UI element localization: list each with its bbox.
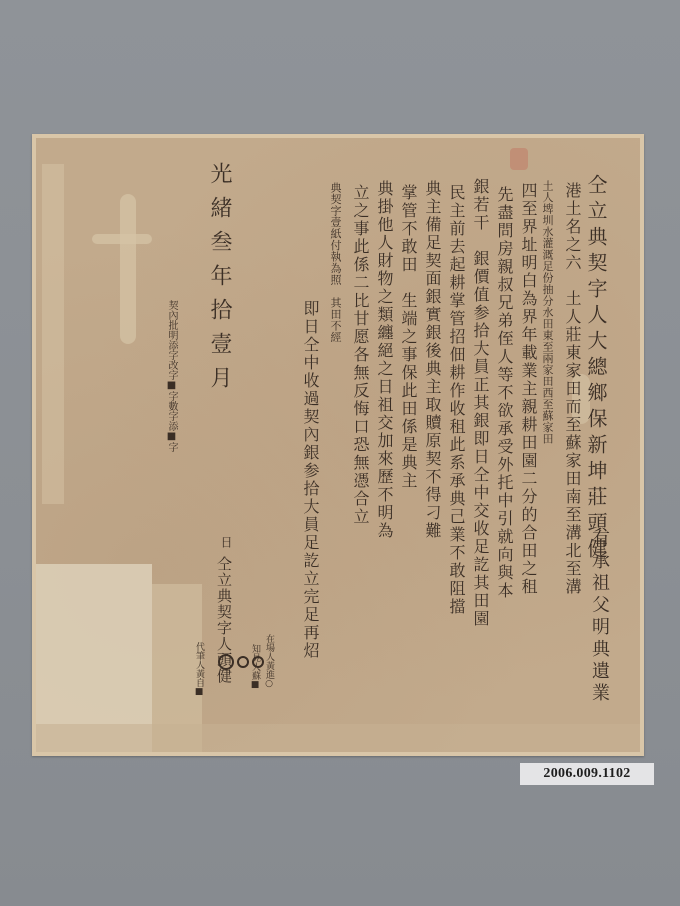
deed-column-3: 土人埤圳水灌溉足份抽分水田東至兩家田西至蘇家田 — [542, 180, 553, 445]
document-paper: 仝立典契字人大總鄉保新坤莊頭健 有承祖父明典遺業 港土名之六 土人莊東家田而至蘇… — [32, 134, 644, 756]
mark-circle — [252, 656, 264, 668]
witness-3: 代筆人黃自■ — [194, 642, 203, 697]
witness-1: 在場人黃進○ — [264, 634, 273, 689]
mark-circle — [237, 656, 249, 668]
mark-circle — [218, 654, 234, 670]
deed-column-13: 即日仝中收過契內銀参拾大員足訖立完足再炤 — [302, 300, 318, 660]
catalog-number-label: 2006.009.1102 — [520, 763, 654, 785]
date-day: 日 — [220, 536, 232, 548]
red-seal-mark — [510, 148, 528, 170]
signature-marks — [218, 654, 264, 670]
deed-column-10: 典掛他人財物之類纏絕之日祖交加來歷不明為 — [376, 180, 392, 540]
date-line: 光緒叁年拾壹月 — [208, 162, 230, 400]
stain — [92, 234, 152, 244]
side-note: 契內批明添字改字■字數字添■字 — [166, 300, 176, 452]
stain — [42, 164, 64, 504]
deed-column-8: 典主備足契面銀實銀後典主取贖原契不得刁難 — [424, 180, 440, 540]
deed-column-2: 港土名之六 土人莊東家田而至蘇家田南至溝北至溝 — [564, 182, 580, 596]
deed-column-6: 銀若干 銀價值参拾大員正其銀即日仝中交收足訖其田園 — [472, 178, 488, 628]
stain — [32, 724, 644, 756]
deed-column-7: 民主前去起耕掌管招佃耕作收租此系承典己業不敢阻擋 — [448, 184, 464, 616]
deed-column-1b: 有承祖父明典遺業 — [590, 529, 608, 705]
stain — [120, 194, 136, 344]
deed-column-12: 典契字壹紙付執為照 其田不經 — [330, 182, 341, 343]
deed-column-5: 先盡問房親叔兄弟侄人等不欲承受外托中引就向與本 — [496, 186, 512, 600]
deed-column-11: 立之事此係二比甘愿各無反悔口恐無憑合立 — [352, 184, 368, 526]
deed-column-4: 四至界址明白為界年載業主親耕田園二分的合田之租 — [520, 182, 536, 596]
deed-column-1: 仝立典契字人大總鄉保新坤莊頭健 — [586, 174, 606, 564]
deed-column-9: 掌管不敢田 生端之事保此田係是典主 — [400, 184, 416, 490]
